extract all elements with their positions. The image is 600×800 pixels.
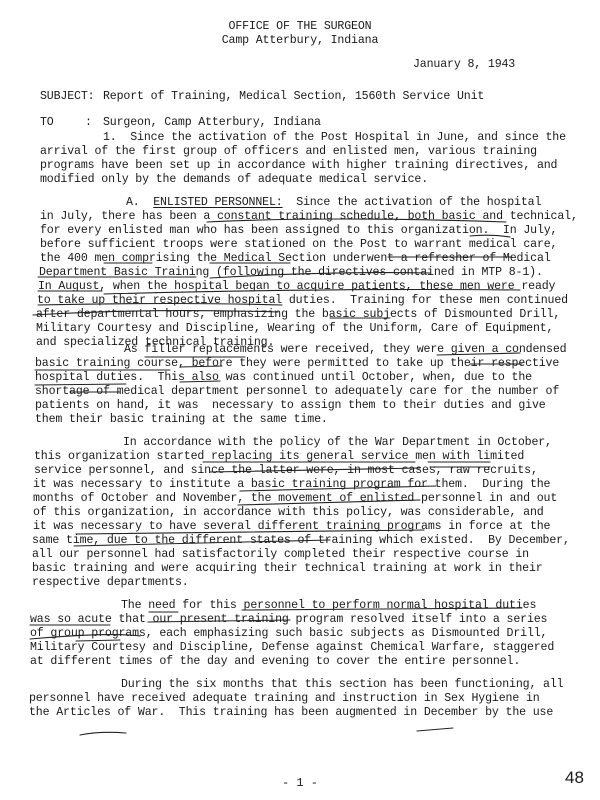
text-line: Military Courtesy and Discipline, Wearin… <box>36 322 553 336</box>
memo-date: January 8, 1943 <box>413 58 515 72</box>
text-line: basic training and were acquiring their … <box>32 562 543 576</box>
text-line: arrival of the first group of officers a… <box>40 145 537 159</box>
text-line: the 400 men comprising the Medical Secti… <box>40 252 551 266</box>
text-line: basic training course, before they were … <box>35 357 559 371</box>
text-line: it was necessary to have several differe… <box>33 520 550 534</box>
text-fragment: Since the activation of the hospital <box>283 196 542 209</box>
to-separator: : <box>85 116 92 130</box>
text-line: same time, due to the different states o… <box>32 534 570 548</box>
text-line: before sufficient troops were stationed … <box>40 238 557 252</box>
office-heading: OFFICE OF THE SURGEON <box>0 20 600 34</box>
text-line: the Articles of War. This training has b… <box>29 706 553 720</box>
text-line: In accordance with the policy of the War… <box>123 436 552 450</box>
text-line: During the six months that this section … <box>121 678 563 692</box>
text-line: at different times of the day and evenin… <box>30 655 520 669</box>
text-line: of this organization, in accordance with… <box>33 506 544 520</box>
text-line: them their basic training at the same ti… <box>35 413 328 427</box>
page-number: - 1 - <box>0 776 600 790</box>
text-line: in July, there has been a constant train… <box>40 210 578 224</box>
text-line: months of October and November, the move… <box>33 492 557 506</box>
section-letter: A. <box>126 196 153 209</box>
text-line: this organization started replacing its … <box>34 450 524 464</box>
text-line: after departmental hours, emphasizing th… <box>36 308 560 322</box>
text-line: As filler replacements were received, th… <box>124 343 566 357</box>
page-stamp-number: 48 <box>565 768 584 788</box>
to-label: TO <box>40 116 54 130</box>
text-line: for every enlisted man who has been assi… <box>40 224 557 238</box>
text-line: hospital duties. This also was continued… <box>35 371 532 385</box>
text-line: of group programs, each emphasizing such… <box>30 627 547 641</box>
subject-value: Report of Training, Medical Section, 156… <box>103 90 484 104</box>
text-line: 1. Since the activation of the Post Hosp… <box>103 131 566 145</box>
subject-label: SUBJECT: <box>40 90 94 104</box>
text-line: personnel have received adequate trainin… <box>29 692 540 706</box>
text-line: The need for this personnel to perform n… <box>121 599 536 613</box>
text-line: it was necessary to institute a basic tr… <box>33 478 550 492</box>
text-line: Department Basic Training (following the… <box>39 266 543 280</box>
text-line: all our personnel had satisfactorily com… <box>32 548 529 562</box>
section-heading: ENLISTED PERSONNEL: <box>153 196 282 209</box>
text-line: modified only by the demands of adequate… <box>40 173 428 187</box>
text-line: programs have been set up in accordance … <box>40 159 557 173</box>
text-line: In August, when the hospital began to ac… <box>38 280 555 294</box>
to-value: Surgeon, Camp Atterbury, Indiana <box>103 116 321 130</box>
text-line: A. ENLISTED PERSONNEL: Since the activat… <box>126 196 541 210</box>
text-line: patients on hand, it was necessary to as… <box>35 399 546 413</box>
text-line: respective departments. <box>32 576 189 590</box>
text-line: was so acute that our present training p… <box>30 613 547 627</box>
text-line: Military Courtesy and Discipline, Defens… <box>30 641 554 655</box>
text-line: shortage of medical department personnel… <box>35 385 559 399</box>
location-heading: Camp Atterbury, Indiana <box>0 34 600 48</box>
text-line: service personnel, and since the latter … <box>34 464 538 478</box>
text-line: to take up their respective hospital dut… <box>37 294 568 308</box>
